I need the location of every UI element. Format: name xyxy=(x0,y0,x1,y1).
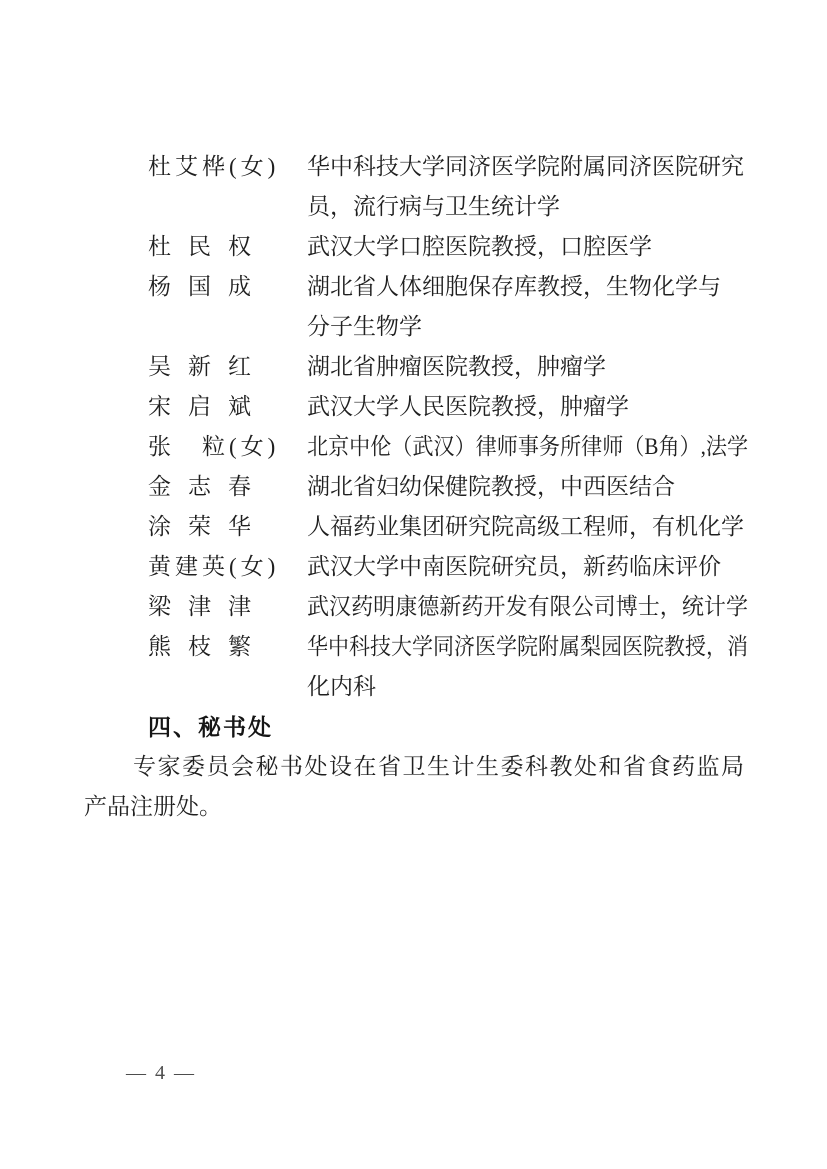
page-number: — 4 — xyxy=(126,1062,196,1084)
member-role: 华中科技大学同济医学院附属梨园医院教授，消化内科 xyxy=(307,627,748,707)
member-role-line: 华中科技大学同济医学院附属梨园医院教授，消 xyxy=(307,627,710,667)
secretariat-paragraph-line-1: 专家委员会秘书处设在省卫生计生委科教处和省食药监局 xyxy=(84,747,747,787)
roster-entry: 涂荣华人福药业集团研究院高级工程师，有机化学 xyxy=(148,507,827,547)
member-role: 华中科技大学同济医学院附属同济医院研究员，流行病与卫生统计学 xyxy=(307,147,748,227)
member-name: 梁津津 xyxy=(148,587,307,627)
member-role: 湖北省人体细胞保存库教授，生物化学与分子生物学 xyxy=(307,267,748,347)
member-role-line: 湖北省人体细胞保存库教授，生物化学与 xyxy=(307,267,748,307)
member-role-line: 员，流行病与卫生统计学 xyxy=(307,187,748,227)
document-content: 杜艾桦(女)华中科技大学同济医学院附属同济医院研究员，流行病与卫生统计学杜民权武… xyxy=(0,147,827,827)
member-role: 武汉大学中南医院研究员，新药临床评价 xyxy=(307,547,748,587)
member-role-line: 武汉大学口腔医院教授，口腔医学 xyxy=(307,227,748,267)
roster-entry: 吴新红湖北省肿瘤医院教授，肿瘤学 xyxy=(148,347,827,387)
member-name: 黄建英(女) xyxy=(148,547,307,587)
roster-entry: 宋启斌武汉大学人民医院教授，肿瘤学 xyxy=(148,387,827,427)
member-role: 武汉药明康德新药开发有限公司博士，统计学 xyxy=(307,587,748,627)
member-role-line: 武汉大学人民医院教授，肿瘤学 xyxy=(307,387,748,427)
member-role: 湖北省妇幼保健院教授，中西医结合 xyxy=(307,467,748,507)
member-role-line: 湖北省妇幼保健院教授，中西医结合 xyxy=(307,467,748,507)
secretariat-paragraph-line-2: 产品注册处。 xyxy=(84,787,747,827)
member-role: 人福药业集团研究院高级工程师，有机化学 xyxy=(307,507,748,547)
member-name: 熊枝繁 xyxy=(148,627,307,667)
member-name: 金志春 xyxy=(148,467,307,507)
roster-entry: 杜民权武汉大学口腔医院教授，口腔医学 xyxy=(148,227,827,267)
member-name: 吴新红 xyxy=(148,347,307,387)
member-role-line: 北京中伦（武汉）律师事务所律师（B角）,法学 xyxy=(307,427,711,467)
member-role-line: 湖北省肿瘤医院教授，肿瘤学 xyxy=(307,347,748,387)
roster-entry: 金志春湖北省妇幼保健院教授，中西医结合 xyxy=(148,467,827,507)
member-role-line: 武汉大学中南医院研究员，新药临床评价 xyxy=(307,547,748,587)
member-role: 武汉大学人民医院教授，肿瘤学 xyxy=(307,387,748,427)
document-page: 杜艾桦(女)华中科技大学同济医学院附属同济医院研究员，流行病与卫生统计学杜民权武… xyxy=(0,0,827,1169)
roster-entry: 梁津津武汉药明康德新药开发有限公司博士，统计学 xyxy=(148,587,827,627)
expert-roster-list: 杜艾桦(女)华中科技大学同济医学院附属同济医院研究员，流行病与卫生统计学杜民权武… xyxy=(0,147,827,707)
roster-entry: 杜艾桦(女)华中科技大学同济医学院附属同济医院研究员，流行病与卫生统计学 xyxy=(148,147,827,227)
roster-entry: 杨国成湖北省人体细胞保存库教授，生物化学与分子生物学 xyxy=(148,267,827,347)
member-name: 张 粒(女) xyxy=(148,427,307,467)
section-heading: 四、秘书处 xyxy=(148,707,827,747)
member-role-line: 武汉药明康德新药开发有限公司博士，统计学 xyxy=(307,587,730,627)
member-name: 杜民权 xyxy=(148,227,307,267)
member-role-line: 华中科技大学同济医学院附属同济医院研究 xyxy=(307,147,748,187)
member-role-line: 分子生物学 xyxy=(307,307,748,347)
member-role: 湖北省肿瘤医院教授，肿瘤学 xyxy=(307,347,748,387)
member-name: 涂荣华 xyxy=(148,507,307,547)
roster-entry: 熊枝繁华中科技大学同济医学院附属梨园医院教授，消化内科 xyxy=(148,627,827,707)
member-role: 武汉大学口腔医院教授，口腔医学 xyxy=(307,227,748,267)
member-role-line: 人福药业集团研究院高级工程师，有机化学 xyxy=(307,507,748,547)
roster-entry: 张 粒(女)北京中伦（武汉）律师事务所律师（B角）,法学 xyxy=(148,427,827,467)
roster-entry: 黄建英(女)武汉大学中南医院研究员，新药临床评价 xyxy=(148,547,827,587)
member-name: 杨国成 xyxy=(148,267,307,307)
member-role: 北京中伦（武汉）律师事务所律师（B角）,法学 xyxy=(307,427,748,467)
member-name: 杜艾桦(女) xyxy=(148,147,307,187)
member-name: 宋启斌 xyxy=(148,387,307,427)
page-footer: — 4 — xyxy=(126,1061,196,1085)
member-role-line: 化内科 xyxy=(307,667,748,707)
